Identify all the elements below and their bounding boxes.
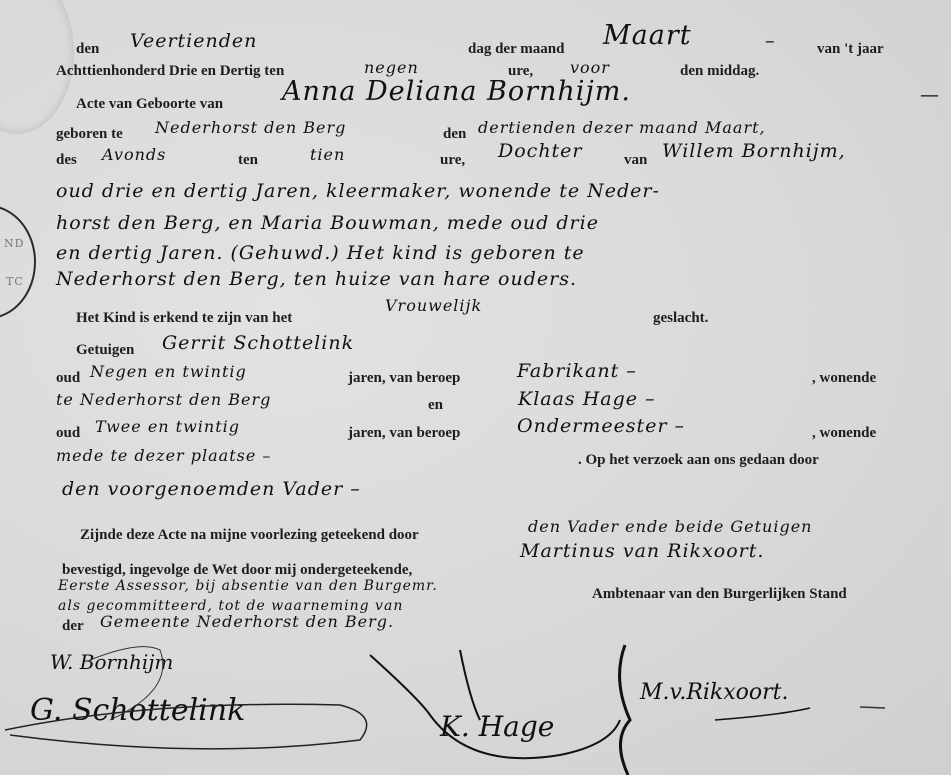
signature-flourishes bbox=[0, 0, 951, 775]
birth-certificate-page: ND TC den Veertienden dag der maand Maar… bbox=[0, 0, 951, 775]
